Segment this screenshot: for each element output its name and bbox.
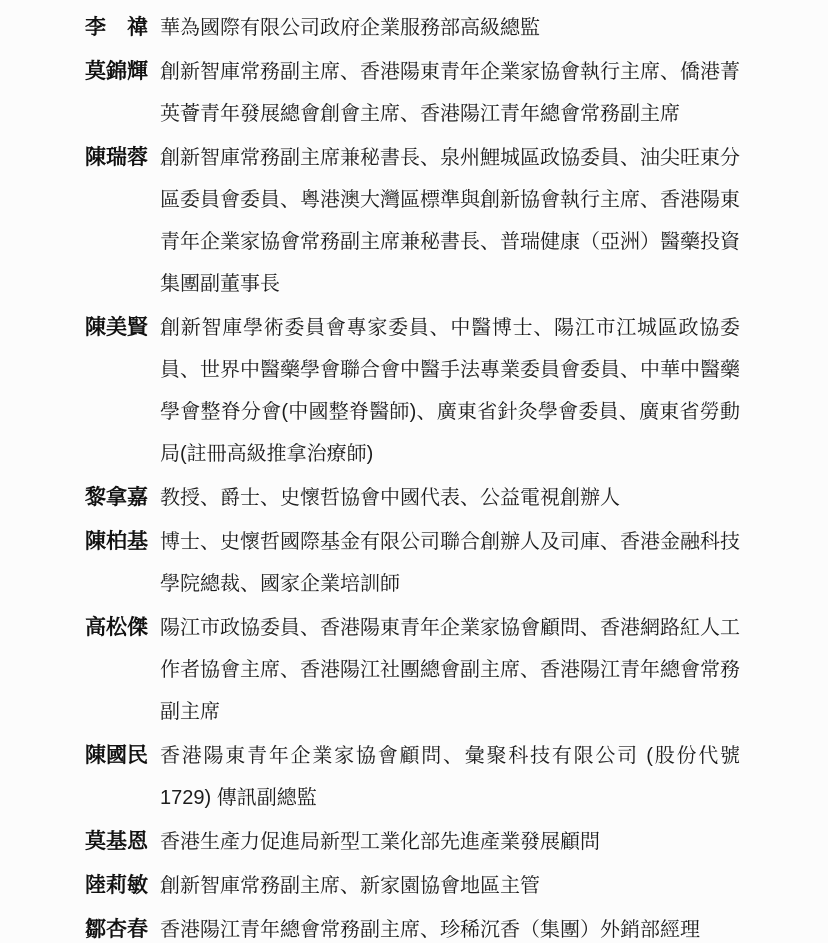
member-titles: 陽江市政協委員、香港陽東青年企業家協會顧問、香港網路紅人工作者協會主席、香港陽江…: [160, 607, 740, 733]
member-name: 陸莉敏: [85, 865, 160, 907]
directory-entry: 陸莉敏 創新智庫常務副主席、新家園協會地區主管: [85, 865, 828, 907]
member-name: 陳國民: [85, 735, 160, 777]
directory-entry: 莫錦輝 創新智庫常務副主席、香港陽東青年企業家協會執行主席、僑港菁英薈青年發展總…: [85, 51, 828, 135]
member-name: 陳柏基: [85, 521, 160, 563]
directory-entry: 鄒杏春 香港陽江青年總會常務副主席、珍稀沉香（集團）外銷部經理: [85, 909, 828, 943]
directory-entry: 黎拿嘉 教授、爵士、史懷哲協會中國代表、公益電視創辦人: [85, 477, 828, 519]
directory-entry: 陳國民 香港陽東青年企業家協會顧問、彙聚科技有限公司 (股份代號 1729) 傳…: [85, 735, 828, 819]
member-name: 陳瑞蓉: [85, 137, 160, 179]
member-titles: 創新智庫常務副主席、香港陽東青年企業家協會執行主席、僑港菁英薈青年發展總會創會主…: [160, 51, 740, 135]
member-name: 李 禕: [85, 7, 160, 49]
member-name: 黎拿嘉: [85, 477, 160, 519]
member-titles: 華為國際有限公司政府企業服務部高級總監: [160, 7, 740, 49]
member-titles: 創新智庫學術委員會專家委員、中醫博士、陽江市江城區政協委員、世界中醫藥學會聯合會…: [160, 307, 740, 475]
member-name: 鄒杏春: [85, 909, 160, 943]
directory-entry: 陳瑞蓉 創新智庫常務副主席兼秘書長、泉州鯉城區政協委員、油尖旺東分區委員會委員、…: [85, 137, 828, 305]
member-titles: 創新智庫常務副主席、新家園協會地區主管: [160, 865, 740, 907]
member-titles: 香港生產力促進局新型工業化部先進產業發展顧問: [160, 821, 740, 863]
member-titles: 香港陽江青年總會常務副主席、珍稀沉香（集團）外銷部經理: [160, 909, 740, 943]
member-titles: 香港陽東青年企業家協會顧問、彙聚科技有限公司 (股份代號 1729) 傳訊副總監: [160, 735, 740, 819]
member-directory-page: 李 禕 華為國際有限公司政府企業服務部高級總監 莫錦輝 創新智庫常務副主席、香港…: [0, 0, 828, 943]
member-titles: 創新智庫常務副主席兼秘書長、泉州鯉城區政協委員、油尖旺東分區委員會委員、粵港澳大…: [160, 137, 740, 305]
member-name: 高松傑: [85, 607, 160, 649]
directory-entry: 陳美賢 創新智庫學術委員會專家委員、中醫博士、陽江市江城區政協委員、世界中醫藥學…: [85, 307, 828, 475]
member-name: 陳美賢: [85, 307, 160, 349]
directory-entry: 莫基恩 香港生產力促進局新型工業化部先進產業發展顧問: [85, 821, 828, 863]
directory-entry: 高松傑 陽江市政協委員、香港陽東青年企業家協會顧問、香港網路紅人工作者協會主席、…: [85, 607, 828, 733]
member-name: 莫基恩: [85, 821, 160, 863]
member-name: 莫錦輝: [85, 51, 160, 93]
member-titles: 博士、史懷哲國際基金有限公司聯合創辦人及司庫、香港金融科技學院總裁、國家企業培訓…: [160, 521, 740, 605]
directory-entry: 李 禕 華為國際有限公司政府企業服務部高級總監: [85, 7, 828, 49]
member-titles: 教授、爵士、史懷哲協會中國代表、公益電視創辦人: [160, 477, 740, 519]
directory-entry: 陳柏基 博士、史懷哲國際基金有限公司聯合創辦人及司庫、香港金融科技學院總裁、國家…: [85, 521, 828, 605]
